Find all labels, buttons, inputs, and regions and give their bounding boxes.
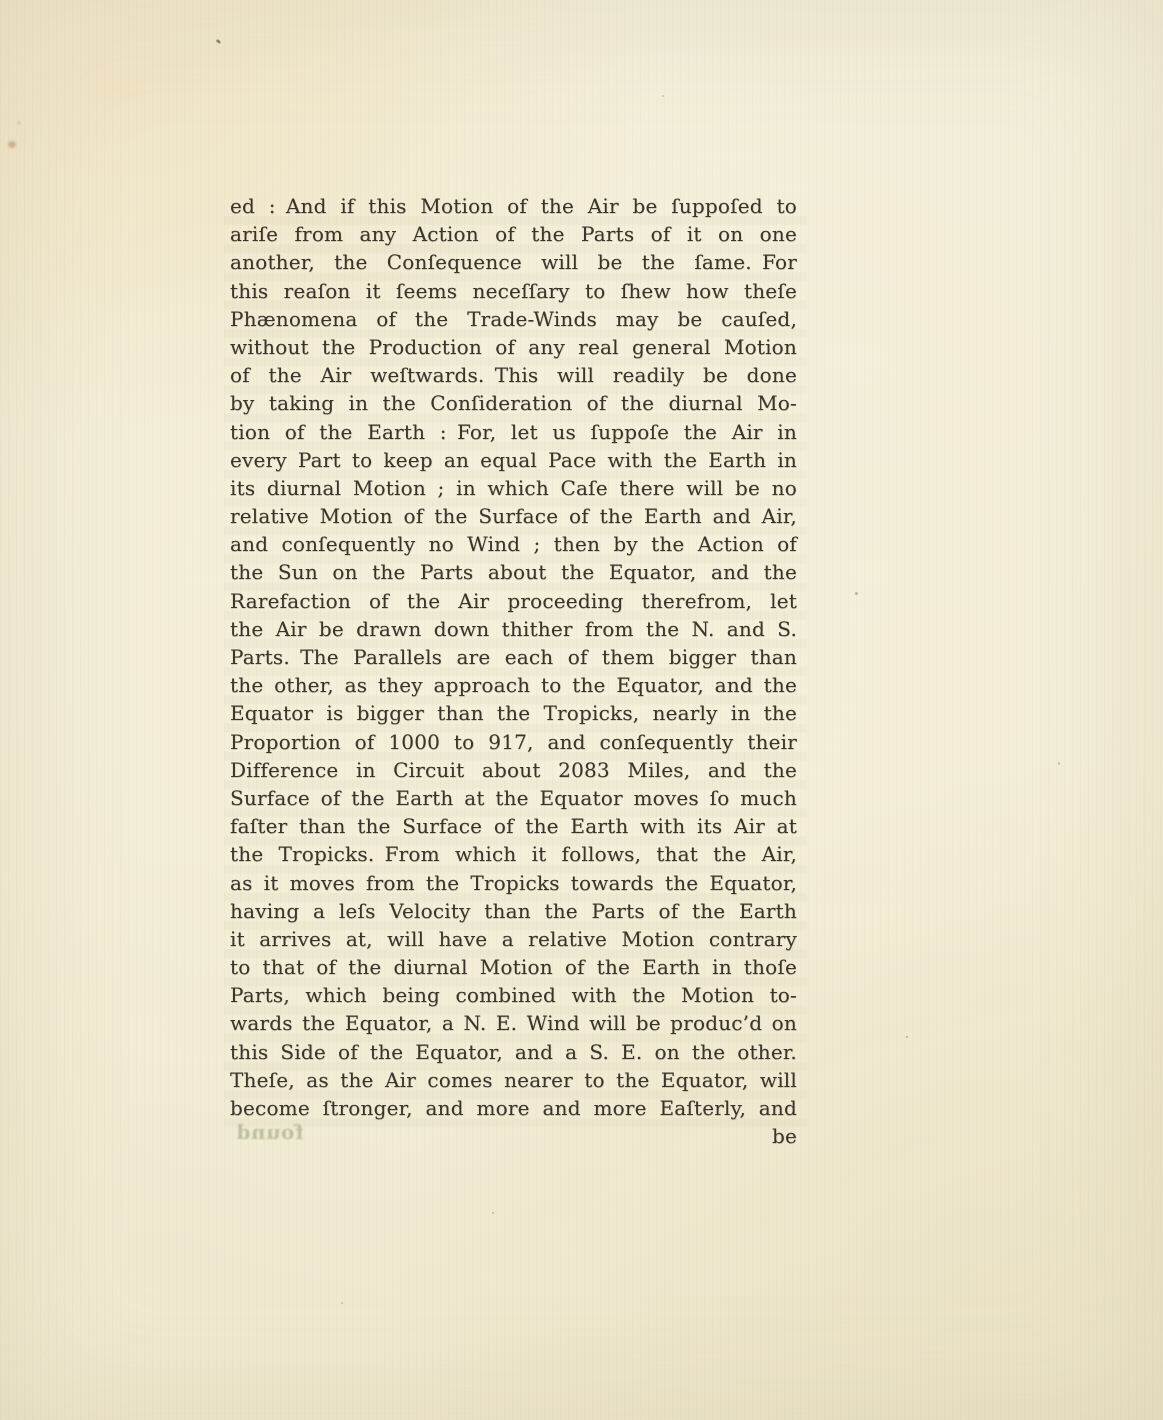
text-line: the Sun on the Parts about the Equator, … (230, 558, 797, 586)
text-block: ed : And if this Motion of the Air be ſu… (230, 192, 797, 1150)
text-line: Theſe, as the Air comes nearer to the Eq… (230, 1066, 797, 1094)
text-line: the Tropicks. From which it follows, tha… (230, 840, 797, 868)
text-line: the Air be drawn down thither from the N… (230, 615, 797, 643)
text-line: become ſtronger, and more and more Eaſte… (230, 1094, 797, 1122)
text-line: this reaſon it ſeems neceſſary to ſhew h… (230, 277, 797, 305)
paper-speck (1058, 762, 1060, 765)
paper-speck (8, 141, 16, 148)
text-line: by taking in the Conſideration of the di… (230, 389, 797, 417)
paper-speck (216, 39, 222, 44)
text-line: to that of the diurnal Motion of the Ear… (230, 953, 797, 981)
text-line: the other, as they approach to the Equat… (230, 671, 797, 699)
text-line: Rarefaction of the Air proceeding theref… (230, 587, 797, 615)
text-line: Parts, which being combined with the Mot… (230, 981, 797, 1009)
catchword: be (772, 1124, 797, 1148)
text-line: and conſequently no Wind ; then by the A… (230, 530, 797, 558)
text-line: ariſe from any Action of the Parts of it… (230, 220, 797, 248)
text-line: tion of the Earth : For, let us ſuppoſe … (230, 418, 797, 446)
paper-speck (17, 121, 21, 125)
text-line: another, the Conſequence will be the ſam… (230, 248, 797, 276)
text-line: without the Production of any real gener… (230, 333, 797, 361)
text-line: its diurnal Motion ; in which Caſe there… (230, 474, 797, 502)
text-line: Difference in Circuit about 2083 Miles, … (230, 756, 797, 784)
text-line: Phænomena of the Trade-Winds may be cauſ… (230, 305, 797, 333)
text-line: as it moves from the Tropicks towards th… (230, 869, 797, 897)
text-line: faſter than the Surface of the Earth wit… (230, 812, 797, 840)
paper-speck (492, 1212, 494, 1214)
text-line: Surface of the Earth at the Equator move… (230, 784, 797, 812)
text-line: Equator is bigger than the Tropicks, nea… (230, 699, 797, 727)
text-line: Parts. The Parallels are each of them bi… (230, 643, 797, 671)
paper-speck (906, 1036, 908, 1038)
paper-speck (855, 592, 858, 595)
paper-speck (341, 1302, 343, 1304)
text-line: relative Motion of the Surface of the Ea… (230, 502, 797, 530)
text-line: this Side of the Equator, and a S. E. on… (230, 1038, 797, 1066)
catchword-line: be (230, 1122, 797, 1150)
book-page: ed : And if this Motion of the Air be ſu… (0, 0, 1163, 1420)
text-line: of the Air weſtwards. This will readily … (230, 361, 797, 389)
paper-speck (662, 95, 664, 97)
text-line: it arrives at, will have a relative Moti… (230, 925, 797, 953)
text-line: every Part to keep an equal Pace with th… (230, 446, 797, 474)
showthrough-text: found (236, 1120, 304, 1144)
text-line: Proportion of 1000 to 917, and conſequen… (230, 728, 797, 756)
text-line: having a leſs Velocity than the Parts of… (230, 897, 797, 925)
text-line: wards the Equator, a N. E. Wind will be … (230, 1009, 797, 1037)
text-line: ed : And if this Motion of the Air be ſu… (230, 192, 797, 220)
